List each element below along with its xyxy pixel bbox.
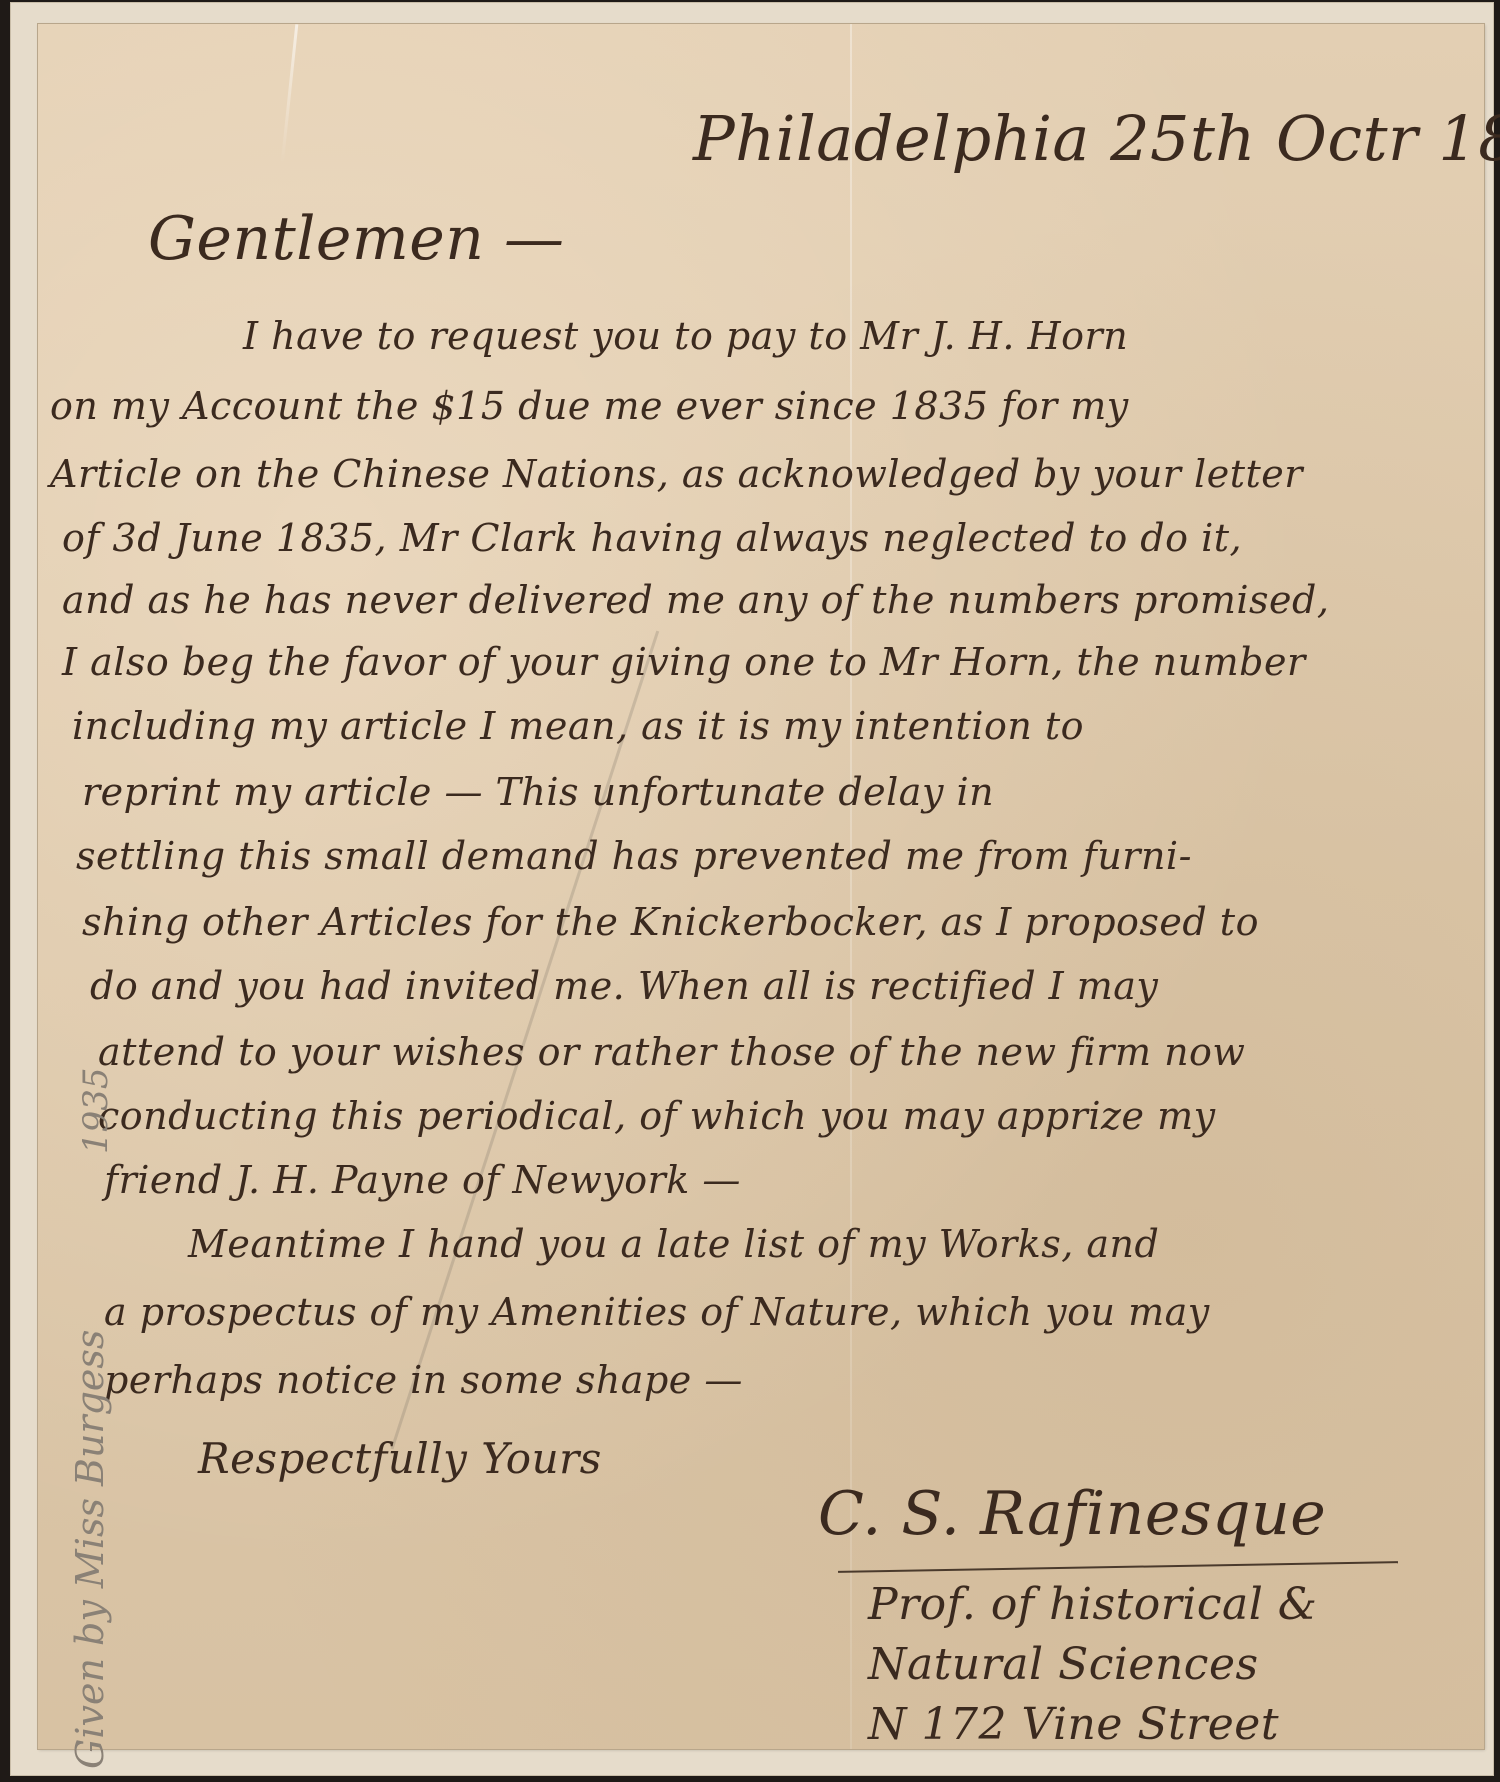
body-line: conducting this periodical, of which you… [98, 1094, 1216, 1138]
mount-board: Philadelphia 25th Octr 1839 Gentlemen — … [10, 2, 1494, 1776]
body-line: Article on the Chinese Nations, as ackno… [50, 452, 1303, 496]
body-line: perhaps notice in some shape — [104, 1358, 743, 1402]
body-line: I also beg the favor of your giving one … [62, 640, 1306, 684]
signature-title-1: Prof. of historical & [868, 1579, 1317, 1630]
signature-address: N 172 Vine Street [868, 1699, 1279, 1750]
signature-name: C. S. Rafinesque [818, 1479, 1326, 1549]
body-line: and as he has never delivered me any of … [62, 578, 1329, 622]
body-line: reprint my article — This unfortunate de… [82, 770, 994, 814]
frame-border: Philadelphia 25th Octr 1839 Gentlemen — … [0, 0, 1500, 1782]
body-line: do and you had invited me. When all is r… [90, 964, 1158, 1008]
margin-year-note: 1935 [76, 1067, 116, 1154]
place-date: Philadelphia 25th Octr 1839 [693, 102, 1500, 175]
salutation: Gentlemen — [148, 204, 565, 274]
body-line: I have to request you to pay to Mr J. H.… [243, 314, 1128, 358]
body-line: Meantime I hand you a late list of my Wo… [188, 1222, 1159, 1266]
signature-flourish [838, 1561, 1398, 1573]
body-line: shing other Articles for the Knickerbock… [82, 900, 1259, 944]
paper-tear [281, 24, 299, 164]
body-line: friend J. H. Payne of Newyork — [104, 1158, 741, 1202]
body-line: attend to your wishes or rather those of… [98, 1030, 1245, 1074]
closing: Respectfully Yours [198, 1434, 602, 1483]
body-line: settling this small demand has prevented… [76, 834, 1192, 878]
letter-paper: Philadelphia 25th Octr 1839 Gentlemen — … [38, 24, 1484, 1749]
signature-title-2: Natural Sciences [868, 1639, 1259, 1690]
body-line: of 3d June 1835, Mr Clark having always … [62, 516, 1242, 560]
body-line: on my Account the $15 due me ever since … [50, 384, 1129, 428]
body-line: including my article I mean, as it is my… [72, 704, 1084, 748]
margin-donor-note: Given by Miss Burgess [68, 1330, 112, 1769]
body-line: a prospectus of my Amenities of Nature, … [104, 1290, 1210, 1334]
